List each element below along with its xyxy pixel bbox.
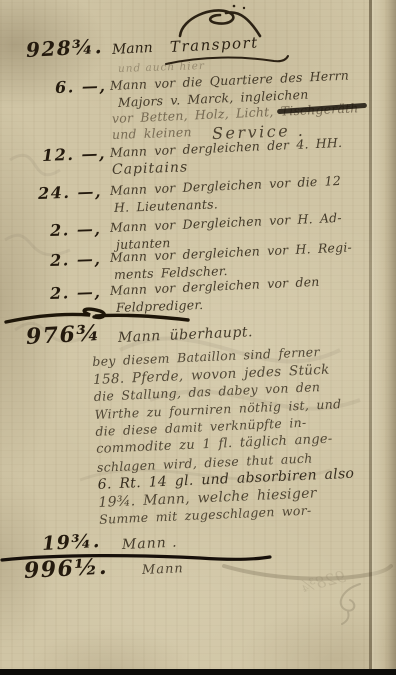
page-edge-strip xyxy=(372,0,396,675)
entry-text-line: Capitains xyxy=(112,159,189,178)
entry-amount: 2. —, xyxy=(50,282,102,303)
total-amount: 996½. xyxy=(23,554,108,584)
entry-amount: 24. —, xyxy=(38,182,103,203)
entry-amount: 6. —, xyxy=(55,76,107,97)
carry-label: Transport xyxy=(170,33,260,56)
entry-amount: 2. —, xyxy=(50,249,102,270)
page-fold-line xyxy=(369,0,372,675)
note-paragraph: bey diesem Bataillon sind ferner 158. Pf… xyxy=(92,343,356,530)
carry-amount: 928¾. xyxy=(25,34,103,62)
pencil-loop-mark xyxy=(330,580,370,626)
scan-bottom-edge xyxy=(0,669,396,675)
entry-amount: 2. —, xyxy=(50,219,102,240)
carry-unit: Mann xyxy=(112,40,154,58)
entry-amount: 12. —, xyxy=(42,144,107,165)
subtotal-amount: 976¾ xyxy=(25,320,101,350)
manuscript-page-scan: 928¾ 928¾. Mann Transport und auch hier … xyxy=(0,0,396,675)
entry-text-line: und kleinen xyxy=(112,124,192,143)
interline-note: und auch hier xyxy=(118,60,205,75)
total-unit: Mann xyxy=(142,561,184,578)
